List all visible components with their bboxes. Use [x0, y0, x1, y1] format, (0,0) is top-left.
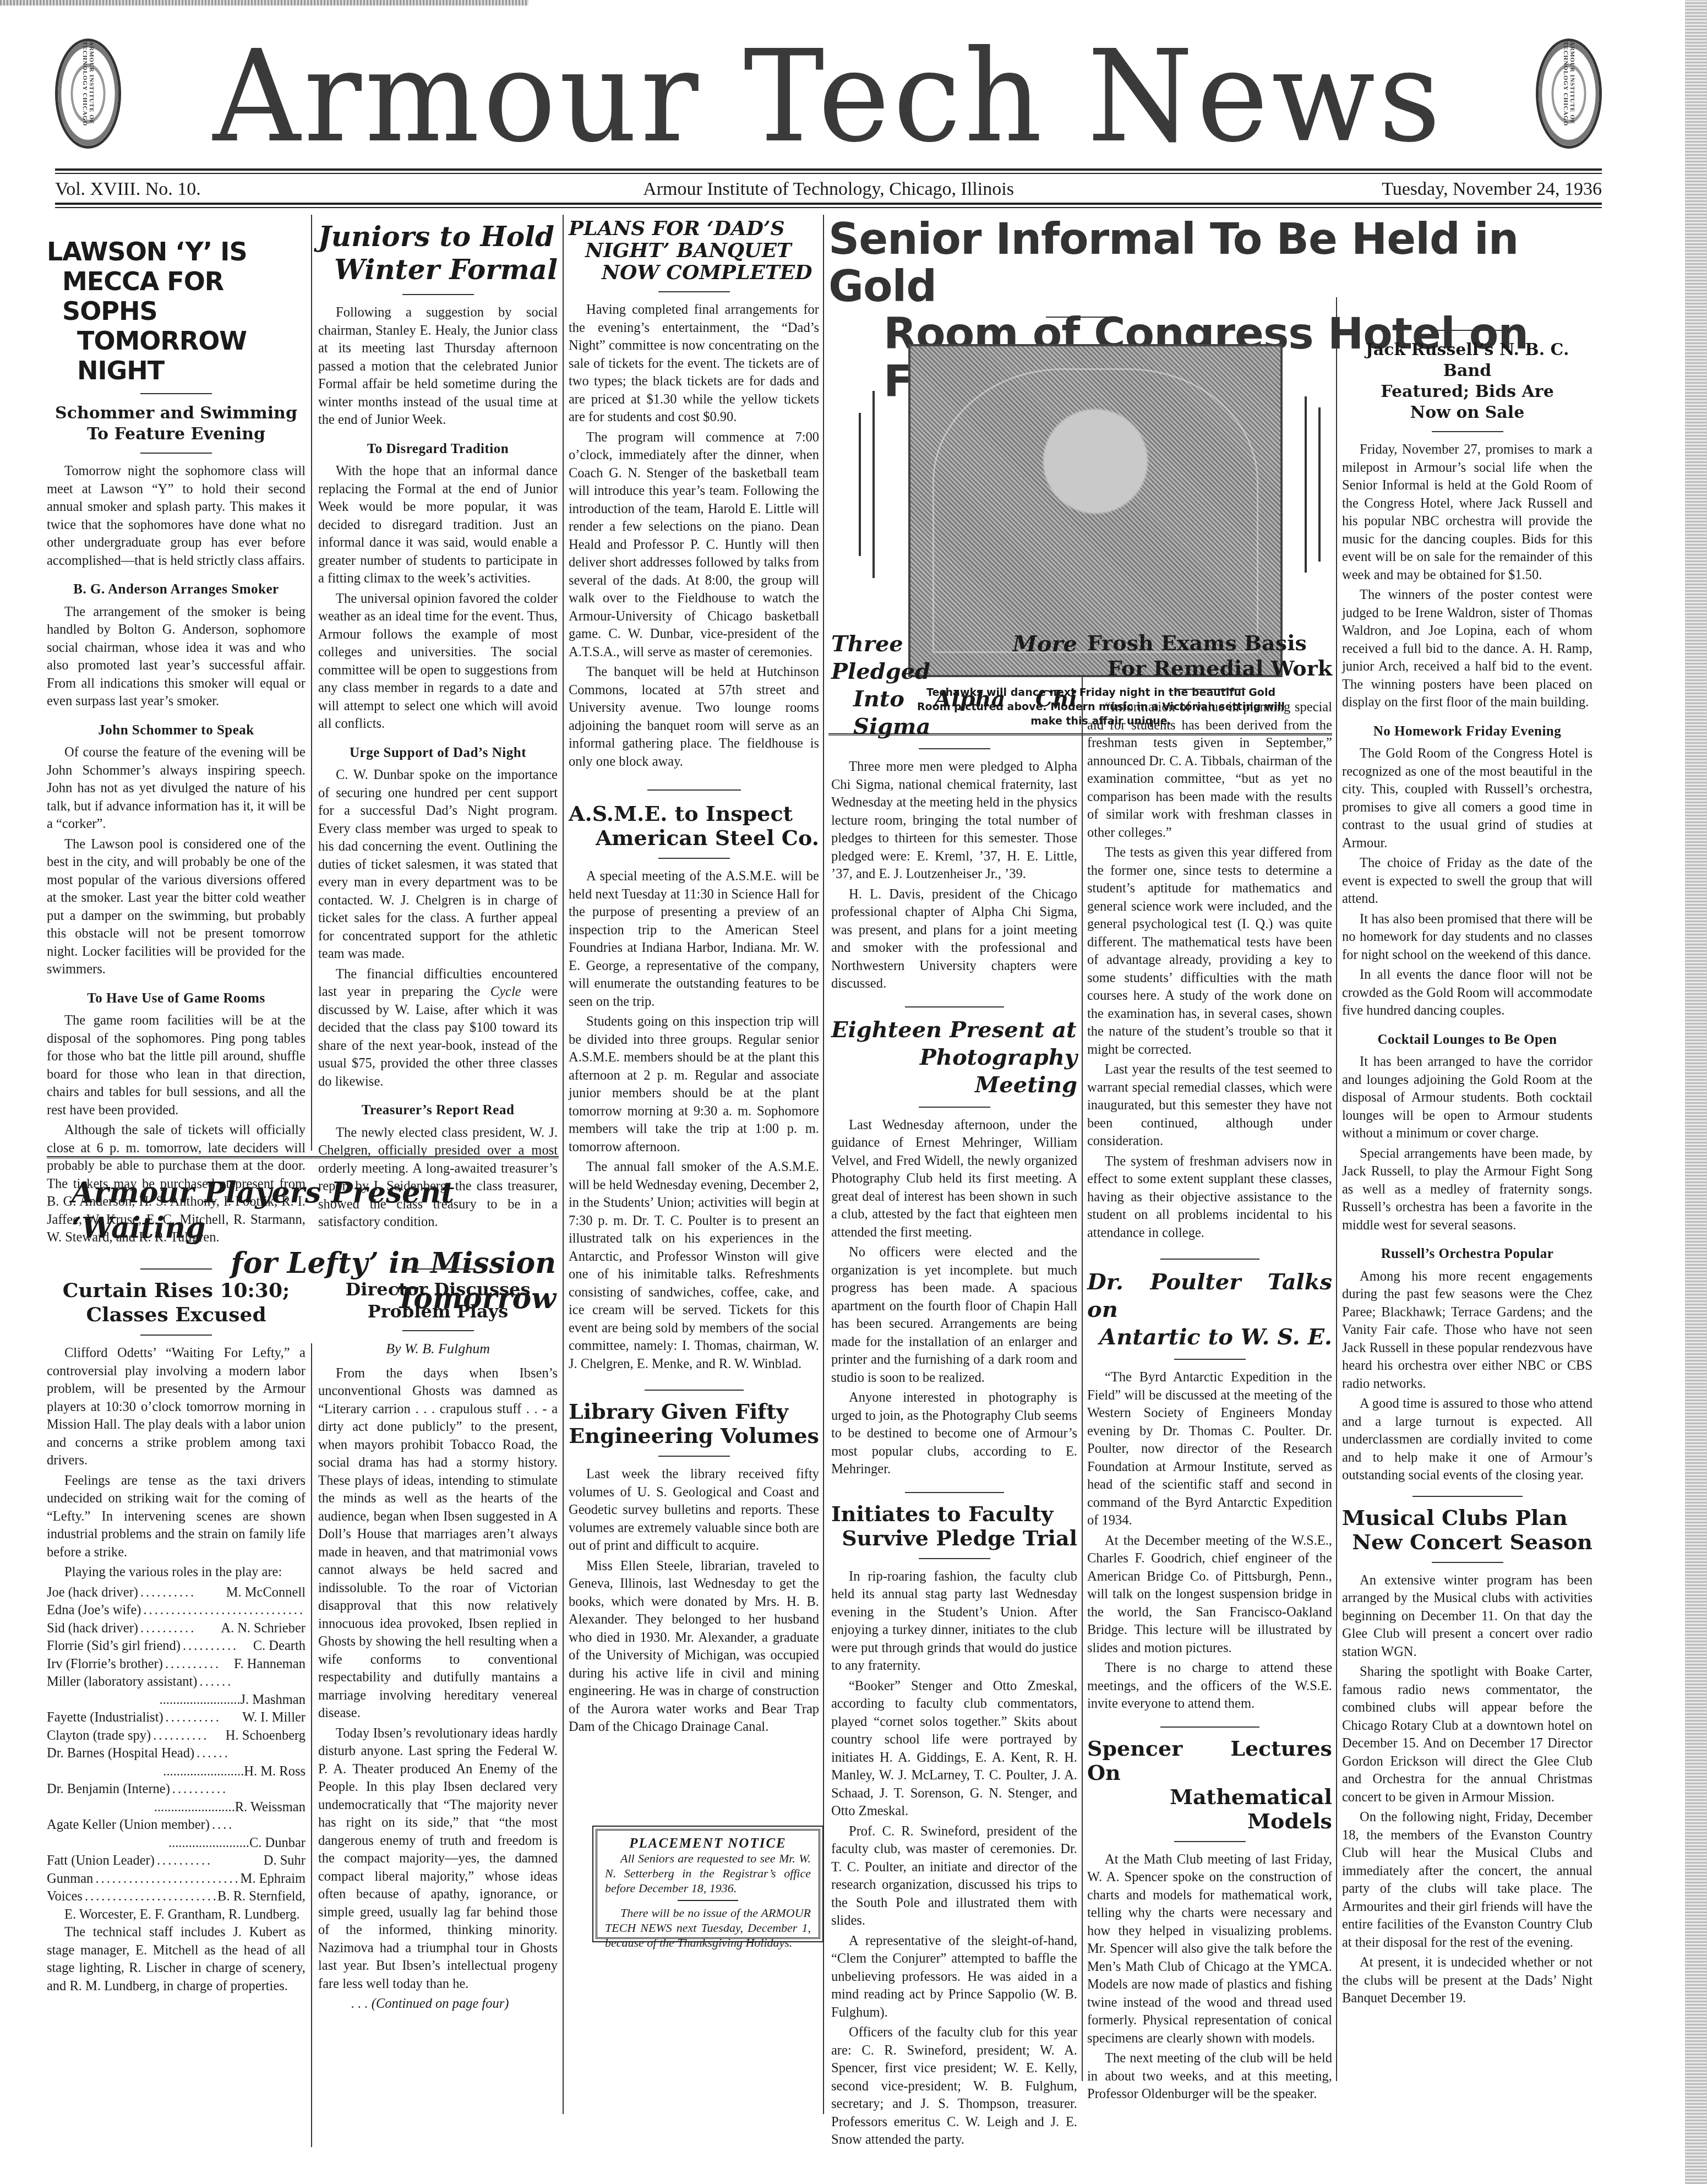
- headline-line: NOW COMPLETED: [569, 262, 819, 284]
- role: Dr. Barnes (Hospital Head): [47, 1745, 194, 1763]
- scan-edge-top: [0, 0, 528, 6]
- paragraph: With the hope that an informal dance rep…: [318, 462, 558, 588]
- article-players-right: Director Discusses Problem Plays By W. B…: [318, 1261, 558, 2016]
- paragraph: Anyone interested in photography is urge…: [831, 1389, 1077, 1479]
- subheadline-line: Director Discusses: [318, 1278, 558, 1300]
- cast-row: Voices..............................B. R…: [47, 1888, 306, 1906]
- subheadline-line: Featured; Bids Are: [1342, 382, 1593, 402]
- paragraph: The technical staff includes J. Kubert a…: [47, 1924, 306, 1995]
- continued-notice[interactable]: . . . (Continued on page four): [318, 1995, 558, 2013]
- decorative-bar: [872, 391, 875, 578]
- cast-row: Fatt (Union Leader)..........D. Suhr: [47, 1852, 306, 1870]
- subheadline-line: Jack Russell’s N. B. C. Band: [1342, 340, 1593, 382]
- article-frosh-exams: Frosh Exams Basis For Remedial Work “Inf…: [1087, 630, 1332, 2106]
- headline-line: Juniors to Hold: [318, 220, 558, 253]
- role: Clayton (trade spy): [47, 1727, 151, 1745]
- article-juniors-formal: Juniors to Hold Winter Formal Following …: [318, 220, 558, 1234]
- byline: By W. B. Fulghum: [318, 1340, 558, 1358]
- paragraph: The tests as given this year differed fr…: [1087, 844, 1332, 1059]
- separator: [658, 291, 730, 292]
- masthead: ARMOUR INSTITUTE OF TECHNOLOGY CHICAGO A…: [55, 33, 1602, 168]
- role: Sid (hack driver): [47, 1620, 138, 1638]
- role: Miller (laboratory assistant): [47, 1673, 198, 1691]
- headline-line: Spencer Lectures On: [1087, 1736, 1332, 1785]
- headline-line: Dr. Poulter Talks on: [1087, 1268, 1332, 1324]
- headline-line: Frosh Exams Basis: [1087, 630, 1332, 656]
- headline-line: New Concert Season: [1342, 1530, 1593, 1554]
- headline-line: A.S.M.E. to Inspect: [569, 802, 819, 826]
- paragraph: The game room facilities will be at the …: [47, 1012, 306, 1119]
- headline-line: Three More Pledged: [831, 630, 1077, 685]
- paragraph: Students going on this inspection trip w…: [569, 1013, 819, 1156]
- separator: [402, 1268, 474, 1270]
- paragraph: H. L. Davis, president of the Chicago pr…: [831, 886, 1077, 993]
- separator: [678, 1900, 738, 1901]
- role: Dr. Benjamin (Interne): [47, 1780, 170, 1799]
- headline-initiates: Initiates to Faculty Survive Pledge Tria…: [831, 1502, 1077, 1550]
- paragraph: Prof. C. R. Swineford, president of the …: [831, 1823, 1077, 1930]
- article-dads-night: PLANS FOR ‘DAD’S NIGHT’ BANQUET NOW COMP…: [569, 217, 819, 1739]
- paragraph: Last week the library received fifty vol…: [569, 1466, 819, 1555]
- headline-line: Senior Informal To Be Held in Gold: [828, 216, 1599, 311]
- article-lawson-y: LAWSON ‘Y’ IS MECCA FOR SOPHS TOMORROW N…: [47, 237, 306, 1249]
- paragraph: A special meeting of the A.S.M.E. will b…: [569, 868, 819, 1011]
- paragraph: Three more men were pledged to Alpha Chi…: [831, 758, 1077, 884]
- cast-list: Joe (hack driver)..........M. McConnell …: [47, 1584, 306, 1924]
- headline-asme: A.S.M.E. to Inspect American Steel Co.: [569, 802, 819, 850]
- separator: [658, 858, 730, 859]
- paragraph: In rip-roaring fashion, the faculty club…: [831, 1568, 1077, 1675]
- role: Gunman: [47, 1870, 93, 1888]
- actor: M. McConnell: [226, 1584, 306, 1602]
- paragraph: “Booker” Stenger and Otto Zmeskal, accor…: [831, 1678, 1077, 1821]
- cast-row: Clayton (trade spy)..........H. Schoenbe…: [47, 1727, 306, 1745]
- paragraph: Feelings are tense as the taxi drivers u…: [47, 1472, 306, 1562]
- cast-row: Sid (hack driver)..........A. N. Schrieb…: [47, 1620, 306, 1638]
- subheadline-line: Curtain Rises 10:30;: [47, 1278, 306, 1303]
- role: Edna (Joe’s wife): [47, 1602, 141, 1620]
- separator: [1412, 1496, 1523, 1497]
- actor: J. Mashman: [241, 1692, 306, 1707]
- separator: [919, 748, 990, 749]
- folio-rule: [55, 203, 1602, 208]
- headline-line: TOMORROW NIGHT: [47, 326, 306, 385]
- paragraph: Following a suggestion by social chairma…: [318, 304, 558, 429]
- subheadline-line: Problem Plays: [318, 1300, 558, 1322]
- paragraph: Among his more recent engagements during…: [1342, 1268, 1593, 1393]
- column-rule: [311, 215, 312, 1151]
- separator: [140, 1335, 212, 1336]
- separator: [919, 1107, 990, 1108]
- cast-row: Fayette (Industrialist)..........W. I. M…: [47, 1709, 306, 1727]
- headline-line: Antartic to W. S. E.: [1087, 1324, 1332, 1351]
- paragraph: Sharing the spotlight with Boake Carter,…: [1342, 1663, 1593, 1806]
- institute-seal-icon: ARMOUR INSTITUTE OF TECHNOLOGY CHICAGO: [1536, 39, 1602, 149]
- subheadline: Jack Russell’s N. B. C. Band Featured; B…: [1342, 340, 1593, 423]
- paragraph: It has also been promised that there wil…: [1342, 911, 1593, 965]
- column-rule: [563, 215, 564, 2114]
- subheadline: Curtain Rises 10:30; Classes Excused: [47, 1278, 306, 1327]
- separator: [658, 1456, 730, 1457]
- separator: [1432, 431, 1503, 432]
- separator: [402, 294, 474, 295]
- headline-line: American Steel Co.: [569, 826, 819, 850]
- article-alpha-chi-sigma: Three More Pledged Into Alpha Chi Sigma …: [831, 630, 1077, 2152]
- cast-row: ........................J. Mashman: [47, 1691, 306, 1709]
- notice-paragraph: All Seniors are requested to see Mr. W. …: [605, 1851, 811, 1896]
- separator: [1174, 1359, 1246, 1360]
- cast-row: Irv (Florrie’s brother)..........F. Hann…: [47, 1655, 306, 1674]
- separator: [905, 1006, 1004, 1007]
- column-rule: [1336, 297, 1337, 2081]
- separator: [645, 1390, 744, 1391]
- paragraph: The financial difficulties encountered l…: [318, 966, 558, 1091]
- institution-name: Armour Institute of Technology, Chicago,…: [55, 177, 1602, 201]
- paragraph: Clifford Odetts’ “Waiting For Lefty,” a …: [47, 1344, 306, 1470]
- seal-text: ARMOUR INSTITUTE OF TECHNOLOGY CHICAGO: [1539, 41, 1599, 146]
- paragraph: The annual fall smoker of the A.S.M.E. w…: [569, 1158, 819, 1373]
- cast-row: Edna (Joe’s wife).......................…: [47, 1602, 306, 1620]
- section-subhead: To Disregard Tradition: [318, 440, 558, 459]
- separator: [1160, 1259, 1259, 1260]
- headline-line: For Remedial Work: [1087, 656, 1332, 681]
- role: Fatt (Union Leader): [47, 1852, 155, 1870]
- role: Agate Keller (Union member): [47, 1816, 210, 1834]
- decorative-bar: [859, 413, 861, 556]
- actor: H. Schoenberg: [226, 1727, 306, 1745]
- headline-line: LAWSON ‘Y’ IS: [47, 237, 306, 266]
- subheadline: Schommer and Swimming To Feature Evening: [47, 403, 306, 445]
- paragraph: In all events the dance floor will not b…: [1342, 966, 1593, 1020]
- paragraph: At the Math Club meeting of last Friday,…: [1087, 1851, 1332, 2048]
- decorative-bar: [1305, 396, 1307, 573]
- column-rule: [311, 1343, 312, 2147]
- subheadline-line: Classes Excused: [47, 1303, 306, 1327]
- role: Florrie (Sid’s girl friend): [47, 1637, 181, 1655]
- paragraph: Today Ibsen’s revolutionary ideas hardly…: [318, 1725, 558, 1994]
- separator: [140, 1268, 212, 1270]
- cast-row: Dr. Benjamin (Interne)..........: [47, 1780, 306, 1799]
- paragraph: At the December meeting of the W.S.E., C…: [1087, 1532, 1332, 1658]
- section-rule: [47, 1156, 559, 1158]
- section-subhead: No Homework Friday Evening: [1342, 723, 1593, 741]
- paragraph: Having completed final arrangements for …: [569, 301, 819, 427]
- paragraph: An extensive winter program has been arr…: [1342, 1572, 1593, 1662]
- paragraph: Last year the results of the test seemed…: [1087, 1061, 1332, 1151]
- headline: PLANS FOR ‘DAD’S NIGHT’ BANQUET NOW COMP…: [569, 217, 819, 284]
- decorative-bar: [1318, 407, 1321, 562]
- paragraph: There is no charge to attend these meeti…: [1087, 1659, 1332, 1713]
- role: Joe (hack driver): [47, 1584, 138, 1602]
- cast-row: ........................H. M. Ross: [47, 1763, 306, 1781]
- separator: [1174, 689, 1246, 690]
- separator: [402, 1330, 474, 1331]
- actor: M. Ephraim: [241, 1870, 306, 1888]
- actor: C. Dunbar: [249, 1836, 306, 1850]
- headline-library: Library Given Fifty Engineering Volumes: [569, 1399, 819, 1448]
- cast-row: Agate Keller (Union member)....: [47, 1816, 306, 1834]
- issue-date: Tuesday, November 24, 1936: [1382, 177, 1602, 201]
- paragraph: Of course the feature of the evening wil…: [47, 744, 306, 834]
- headline-poulter: Dr. Poulter Talks on Antartic to W. S. E…: [1087, 1268, 1332, 1351]
- paragraph: The arrangement of the smoker is being h…: [47, 603, 306, 711]
- paragraph: It has been arranged to have the corrido…: [1342, 1053, 1593, 1143]
- newspaper-title: Armour Tech News: [187, 30, 1470, 163]
- scan-edge-right: [1685, 0, 1707, 2184]
- subheadline-line: Schommer and Swimming: [47, 403, 306, 424]
- separator: [140, 453, 212, 454]
- placement-notice-box: PLACEMENT NOTICE All Seniors are request…: [596, 1829, 820, 1939]
- paragraph: The program will commence at 7:00 o’cloc…: [569, 429, 819, 662]
- role: Fayette (Industrialist): [47, 1709, 163, 1727]
- paragraph: On the following night, Friday, December…: [1342, 1809, 1593, 1952]
- separator: [919, 1558, 990, 1559]
- paragraph: The Gold Room of the Congress Hotel is r…: [1342, 745, 1593, 852]
- subheadline-line: To Feature Evening: [47, 424, 306, 445]
- headline-line: NIGHT’ BANQUET: [569, 239, 819, 262]
- actor: W. I. Miller: [242, 1709, 306, 1727]
- separator: [140, 393, 212, 394]
- paragraph: A representative of the sleight-of-hand,…: [831, 1932, 1077, 2022]
- paragraph: C. W. Dunbar spoke on the importance of …: [318, 766, 558, 963]
- headline-musical-clubs: Musical Clubs Plan New Concert Season: [1342, 1506, 1593, 1554]
- actor: C. Dearth: [253, 1637, 306, 1655]
- column-rule: [823, 215, 824, 2114]
- masthead-rule: [55, 168, 1602, 174]
- cast-row: ........................C. Dunbar: [47, 1834, 306, 1853]
- paragraph: Special arrangements have been made, by …: [1342, 1145, 1593, 1235]
- actor: D. Suhr: [264, 1852, 306, 1870]
- paragraph: The universal opinion favored the colder…: [318, 590, 558, 733]
- headline-line: Mathematical Models: [1087, 1785, 1332, 1833]
- paragraph: From the days when Ibsen’s unconventiona…: [318, 1365, 558, 1723]
- text-run: were discussed by W. Laise, after which …: [318, 984, 558, 1089]
- actor: H. M. Ross: [244, 1764, 306, 1779]
- paragraph: “Information of value in planning specia…: [1087, 699, 1332, 842]
- headline-line: Eighteen Present at: [831, 1016, 1077, 1044]
- notice-paragraph: There will be no issue of the ARMOUR TEC…: [605, 1905, 811, 1950]
- cast-voices-continued: E. Worcester, E. F. Grantham, R. Lundber…: [47, 1906, 306, 1924]
- headline-line: PLANS FOR ‘DAD’S: [569, 217, 819, 239]
- institute-seal-icon: ARMOUR INSTITUTE OF TECHNOLOGY CHICAGO: [55, 39, 121, 149]
- notice-title: PLACEMENT NOTICE: [605, 1836, 811, 1851]
- subheadline-line: Now on Sale: [1342, 402, 1593, 423]
- separator: [1174, 1841, 1246, 1842]
- text-run: The financial difficulties encountered l…: [318, 967, 558, 1000]
- actor: B. R. Sternfield,: [217, 1888, 306, 1906]
- cast-row: Miller (laboratory assistant)......: [47, 1673, 306, 1691]
- actor: A. N. Schrieber: [221, 1620, 306, 1638]
- paragraph: The Lawson pool is considered one of the…: [47, 836, 306, 979]
- column-rule: [1082, 639, 1083, 2081]
- section-subhead: John Schommer to Speak: [47, 722, 306, 740]
- paragraph: The next meeting of the club will be hel…: [1087, 2050, 1332, 2104]
- article-senior-informal: Jack Russell’s N. B. C. Band Featured; B…: [1342, 322, 1593, 2010]
- cast-row: Joe (hack driver)..........M. McConnell: [47, 1584, 306, 1602]
- paragraph: Tomorrow night the sophomore class will …: [47, 462, 306, 570]
- headline-line: Engineering Volumes: [569, 1424, 819, 1448]
- section-subhead: Russell’s Orchestra Popular: [1342, 1245, 1593, 1263]
- separator: [1160, 1726, 1259, 1728]
- paragraph: “The Byrd Antarctic Expedition in the Fi…: [1087, 1369, 1332, 1530]
- paragraph: Officers of the faculty club for this ye…: [831, 2024, 1077, 2149]
- section-subhead: B. G. Anderson Arranges Smoker: [47, 581, 306, 599]
- headline-line: Library Given Fifty: [569, 1399, 819, 1424]
- actor: R. Weissman: [235, 1800, 306, 1815]
- section-subhead: Cocktail Lounges to Be Open: [1342, 1031, 1593, 1049]
- headline-line: Winter Formal: [318, 253, 558, 286]
- role: Irv (Florrie’s brother): [47, 1655, 163, 1674]
- paragraph: The banquet will be held at Hutchinson C…: [569, 663, 819, 771]
- headline-line: Armour Players Present ‘Waiting: [72, 1175, 556, 1246]
- paragraph: Playing the various roles in the play ar…: [47, 1564, 306, 1582]
- article-players-left: Curtain Rises 10:30; Classes Excused Cli…: [47, 1261, 306, 1997]
- section-subhead: To Have Use of Game Rooms: [47, 990, 306, 1008]
- paragraph: Friday, November 27, promises to mark a …: [1342, 441, 1593, 584]
- headline-line: Survive Pledge Trial: [831, 1526, 1077, 1550]
- headline-photography: Eighteen Present at Photography Meeting: [831, 1016, 1077, 1099]
- role: Voices: [47, 1888, 83, 1906]
- separator: [905, 1492, 1004, 1493]
- headline: LAWSON ‘Y’ IS MECCA FOR SOPHS TOMORROW N…: [47, 237, 306, 385]
- cast-row: ........................R. Weissman: [47, 1799, 306, 1817]
- paragraph: No officers were elected and the organiz…: [831, 1244, 1077, 1387]
- headline: Juniors to Hold Winter Formal: [318, 220, 558, 286]
- separator: [647, 789, 741, 791]
- cast-row: Florrie (Sid’s girl friend)..........C. …: [47, 1637, 306, 1655]
- headline-line: MECCA FOR SOPHS: [47, 266, 306, 326]
- publication-title: Cycle: [490, 984, 521, 999]
- gold-room-photo: [908, 344, 1283, 677]
- headline-line: Into Alpha Chi Sigma: [831, 685, 1077, 740]
- paragraph: At present, it is undecided whether or n…: [1342, 1954, 1593, 2008]
- paragraph: The system of freshman advisers now in e…: [1087, 1153, 1332, 1243]
- section-subhead: Urge Support of Dad’s Night: [318, 744, 558, 763]
- headline-line: Initiates to Faculty: [831, 1502, 1077, 1526]
- paragraph: Last Wednesday afternoon, under the guid…: [831, 1116, 1077, 1242]
- paragraph: A good time is assured to those who atte…: [1342, 1395, 1593, 1485]
- actor: F. Hanneman: [234, 1655, 306, 1674]
- separator: [1432, 1562, 1503, 1563]
- seal-text: ARMOUR INSTITUTE OF TECHNOLOGY CHICAGO: [58, 41, 118, 146]
- folio-line: Vol. XVIII. No. 10. Armour Institute of …: [55, 177, 1602, 201]
- cast-row: Gunman..............................M. E…: [47, 1870, 306, 1888]
- headline-spencer: Spencer Lectures On Mathematical Models: [1087, 1736, 1332, 1833]
- subheadline: Director Discusses Problem Plays: [318, 1278, 558, 1322]
- paragraph: The winners of the poster contest were j…: [1342, 586, 1593, 712]
- paragraph: Miss Ellen Steele, librarian, traveled t…: [569, 1557, 819, 1736]
- separator: [1432, 330, 1503, 331]
- headline: Three More Pledged Into Alpha Chi Sigma: [831, 630, 1077, 740]
- paragraph: The choice of Friday as the date of the …: [1342, 854, 1593, 908]
- headline-line: Photography Meeting: [831, 1044, 1077, 1099]
- cast-row: Dr. Barnes (Hospital Head)......: [47, 1745, 306, 1763]
- separator: [1046, 317, 1117, 318]
- section-subhead: Treasurer’s Report Read: [318, 1102, 558, 1120]
- headline: Frosh Exams Basis For Remedial Work: [1087, 630, 1332, 681]
- headline-line: Musical Clubs Plan: [1342, 1506, 1593, 1530]
